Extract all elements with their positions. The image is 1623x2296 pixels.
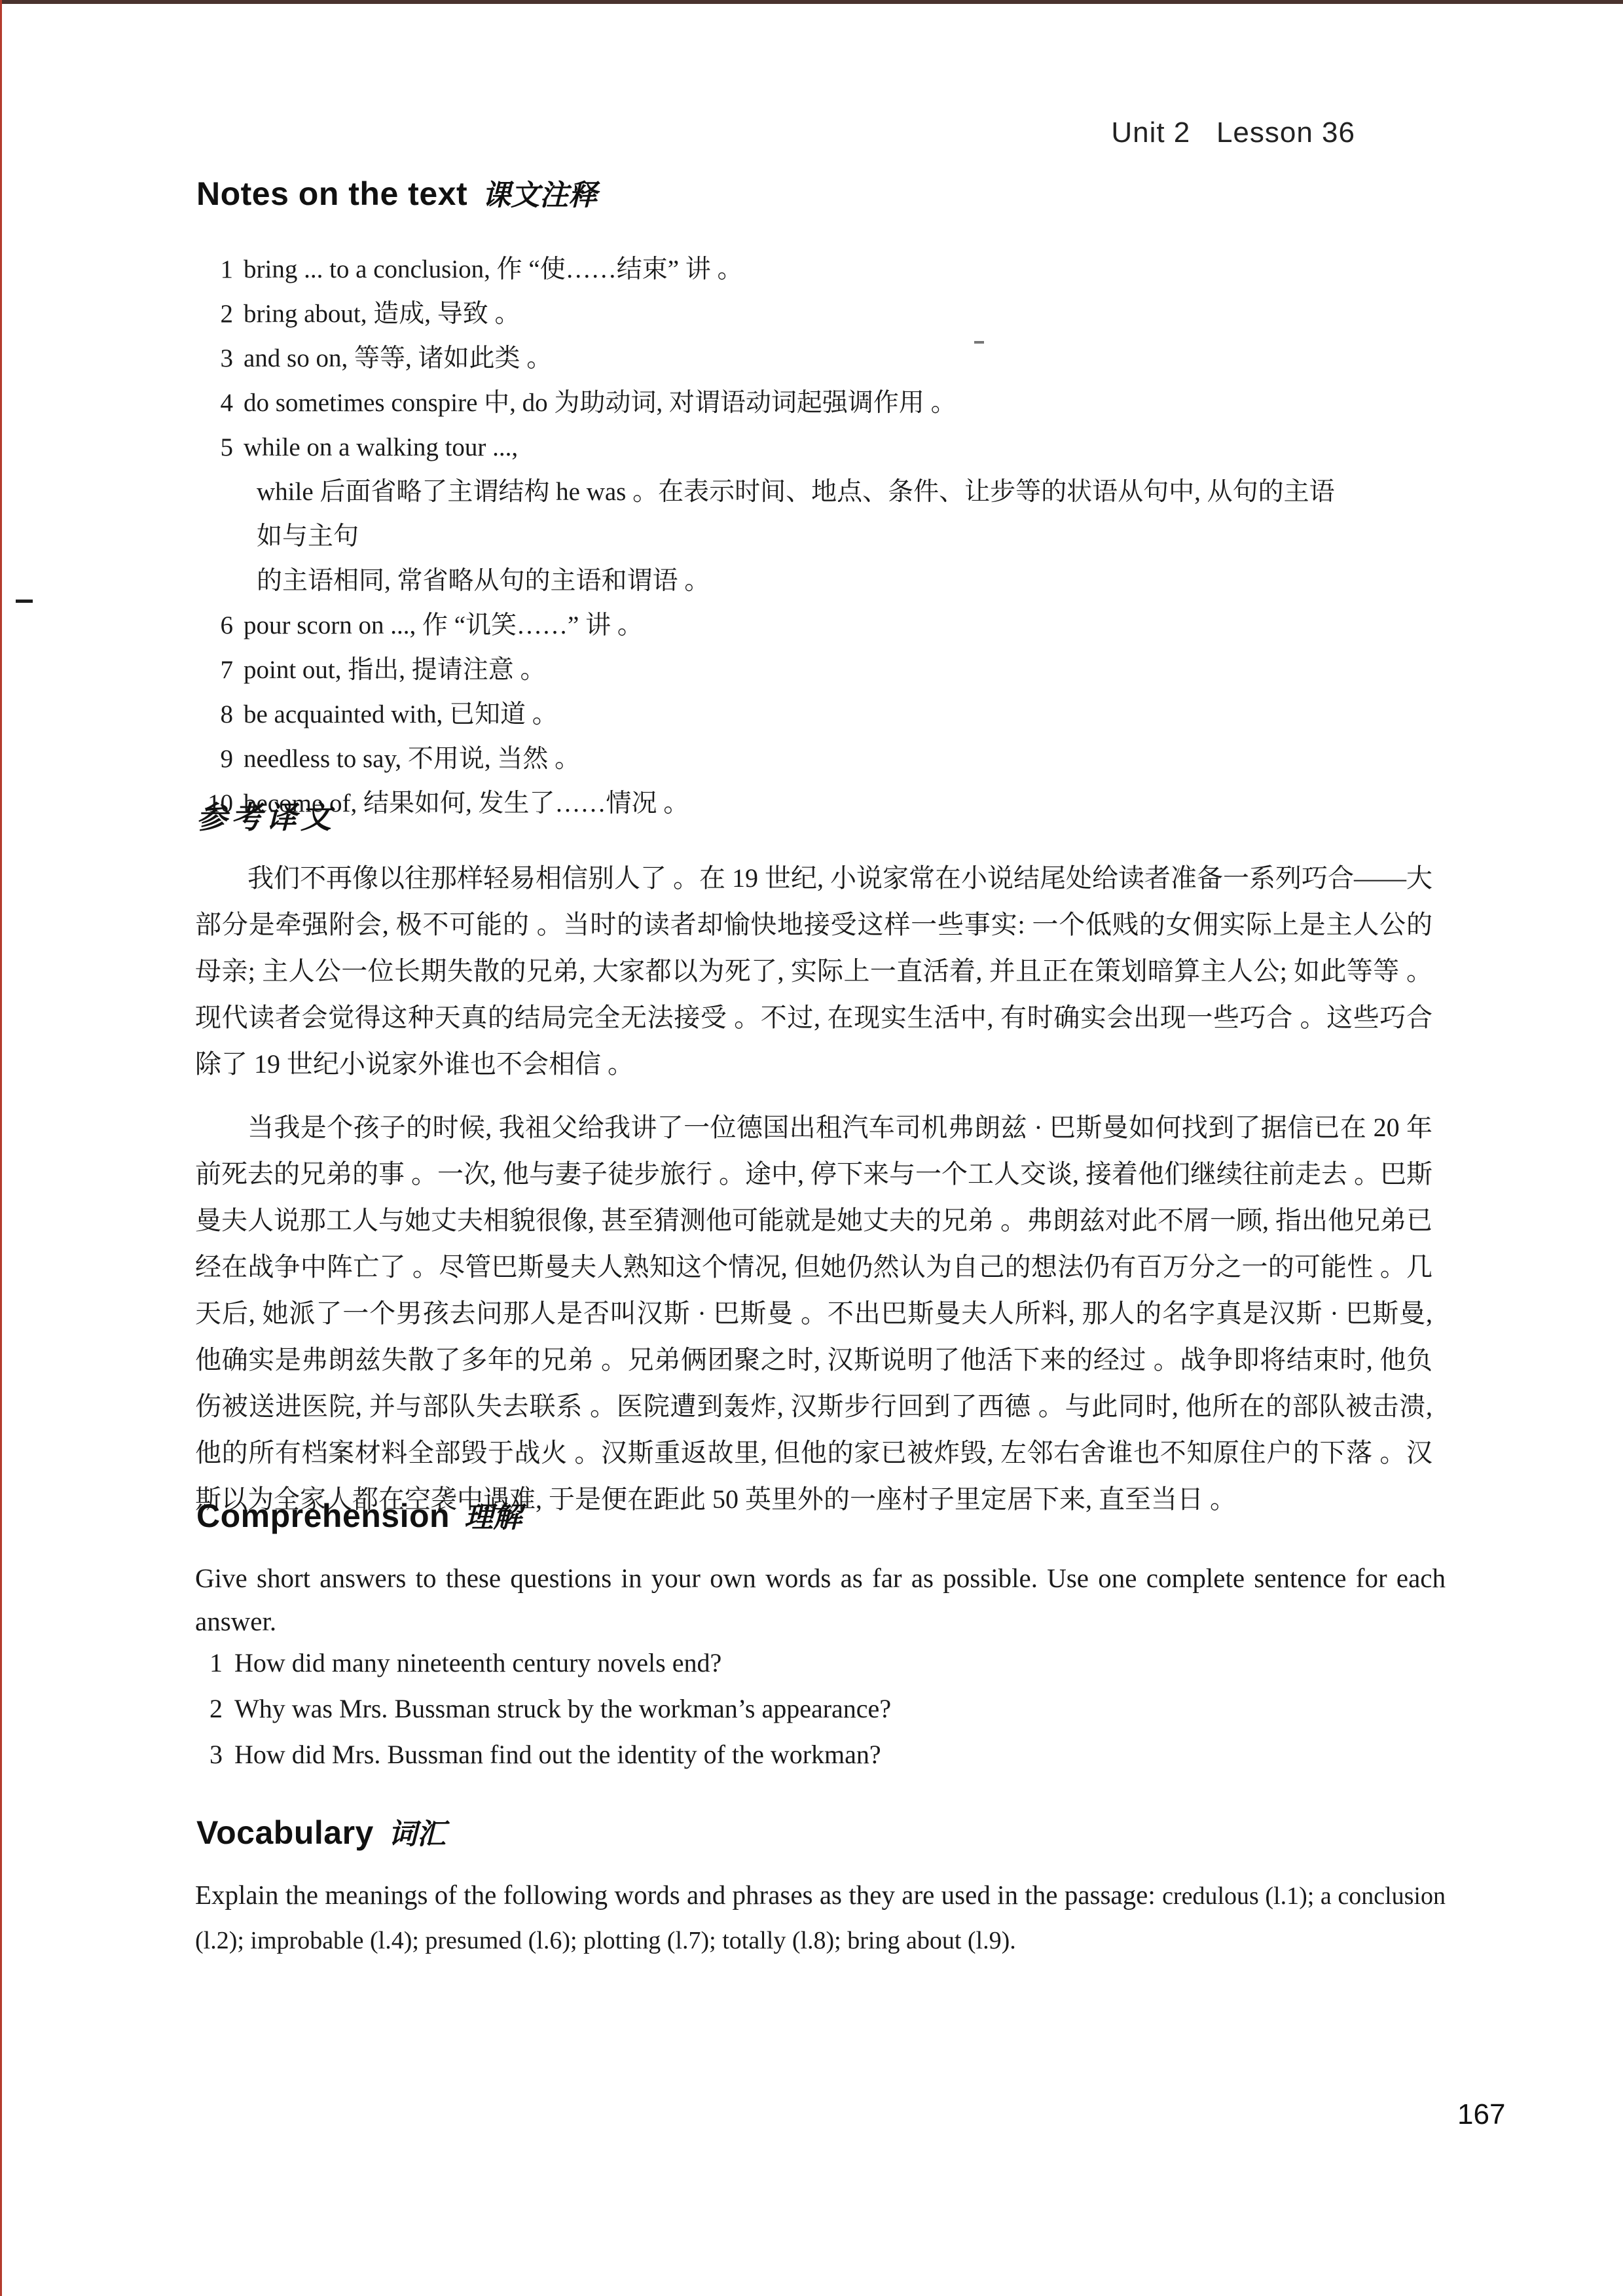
- scan-artifact-dash: [974, 341, 984, 344]
- note-item: 7 point out, 指出, 提请注意 。: [196, 648, 1349, 692]
- page-number: 167: [1457, 2098, 1505, 2131]
- note-item: 9 needless to say, 不用说, 当然 。: [196, 737, 1349, 781]
- note-item: 1 bring ... to a conclusion, 作 “使……结束” 讲…: [196, 247, 1349, 292]
- note-text: pour scorn on ..., 作 “讥笑……” 讲 。: [244, 603, 643, 648]
- vocabulary-instructions: Explain the meanings of the following wo…: [195, 1873, 1446, 1962]
- note-number: 5: [196, 425, 233, 470]
- question-text: How did Mrs. Bussman find out the identi…: [234, 1732, 881, 1778]
- reference-translation: 我们不再像以往那样轻易相信别人了 。在 19 世纪, 小说家常在小说结尾处给读者…: [195, 855, 1432, 1522]
- note-number: 3: [196, 336, 233, 381]
- note-number: 4: [196, 381, 233, 425]
- question-number: 1: [196, 1640, 223, 1686]
- note-number: 6: [196, 603, 233, 648]
- note-number: 9: [196, 737, 233, 781]
- note-number: 8: [196, 692, 233, 737]
- note-number: 1: [196, 247, 233, 292]
- vocabulary-title-zh: 词汇: [388, 1810, 446, 1852]
- vocabulary-instructions-lead: Explain the meanings of the following wo…: [195, 1880, 1162, 1910]
- note-number: 7: [196, 648, 233, 692]
- note-continuation-line: 的主语相同, 常省略从句的主语和谓语 。: [257, 559, 1349, 603]
- note-text: while on a walking tour ...,: [244, 425, 518, 470]
- note-text: be acquainted with, 已知道 。: [244, 692, 558, 737]
- note-text: and so on, 等等, 诸如此类 。: [244, 336, 552, 381]
- note-item: 6 pour scorn on ..., 作 “讥笑……” 讲 。: [196, 603, 1349, 648]
- vocabulary-title-en: Vocabulary: [196, 1814, 374, 1852]
- question-text: Why was Mrs. Bussman struck by the workm…: [234, 1686, 891, 1732]
- question-number: 2: [196, 1686, 223, 1732]
- notes-list: 1 bring ... to a conclusion, 作 “使……结束” 讲…: [196, 247, 1349, 826]
- note-item: 8 be acquainted with, 已知道 。: [196, 692, 1349, 737]
- question-item: 3 How did Mrs. Bussman find out the iden…: [196, 1732, 1375, 1778]
- notes-title-zh: 课文注释: [482, 171, 597, 213]
- scan-top-edge: [0, 0, 1623, 4]
- note-text: bring about, 造成, 导致 。: [244, 292, 520, 336]
- comprehension-title-zh: 理解: [464, 1494, 522, 1535]
- running-head: Unit 2 Lesson 36: [1111, 117, 1355, 149]
- scan-left-edge: [0, 0, 2, 2296]
- question-item: 1 How did many nineteenth century novels…: [196, 1640, 1375, 1686]
- question-number: 3: [196, 1732, 223, 1778]
- note-number: 2: [196, 292, 233, 336]
- question-item: 2 Why was Mrs. Bussman struck by the wor…: [196, 1686, 1375, 1732]
- question-text: How did many nineteenth century novels e…: [234, 1640, 721, 1686]
- note-item: 10 become of, 结果如何, 发生了……情况 。: [196, 781, 1349, 826]
- comprehension-section-title: Comprehension 理解: [196, 1494, 522, 1535]
- notes-title-en: Notes on the text: [196, 175, 467, 213]
- note-continuation-line: while 后面省略了主谓结构 he was 。在表示时间、地点、条件、让步等的…: [257, 470, 1349, 559]
- translation-paragraph: 我们不再像以往那样轻易相信别人了 。在 19 世纪, 小说家常在小说结尾处给读者…: [195, 855, 1432, 1087]
- note-text: bring ... to a conclusion, 作 “使……结束” 讲 。: [244, 247, 743, 292]
- comprehension-questions: 1 How did many nineteenth century novels…: [196, 1640, 1375, 1778]
- vocabulary-section-title: Vocabulary 词汇: [196, 1810, 446, 1852]
- comprehension-instructions: Give short answers to these questions in…: [195, 1556, 1446, 1643]
- note-item: 4 do sometimes conspire 中, do 为助动词, 对谓语动…: [196, 381, 1349, 425]
- comprehension-title-en: Comprehension: [196, 1497, 450, 1535]
- note-item: 2 bring about, 造成, 导致 。: [196, 292, 1349, 336]
- textbook-page: Unit 2 Lesson 36 Notes on the text 课文注释 …: [0, 0, 1623, 2296]
- translation-paragraph: 当我是个孩子的时候, 我祖父给我讲了一位德国出租汽车司机弗朗兹 · 巴斯曼如何找…: [195, 1104, 1432, 1522]
- note-item: 3 and so on, 等等, 诸如此类 。: [196, 336, 1349, 381]
- note-text: do sometimes conspire 中, do 为助动词, 对谓语动词起…: [244, 381, 957, 425]
- notes-section-title: Notes on the text 课文注释: [196, 171, 597, 213]
- note-text: needless to say, 不用说, 当然 。: [244, 737, 580, 781]
- note-text: point out, 指出, 提请注意 。: [244, 648, 546, 692]
- note-item: 5 while on a walking tour ...,: [196, 425, 1349, 470]
- translation-section-title: 参考译文: [196, 793, 335, 837]
- scan-artifact-dash: [16, 600, 33, 603]
